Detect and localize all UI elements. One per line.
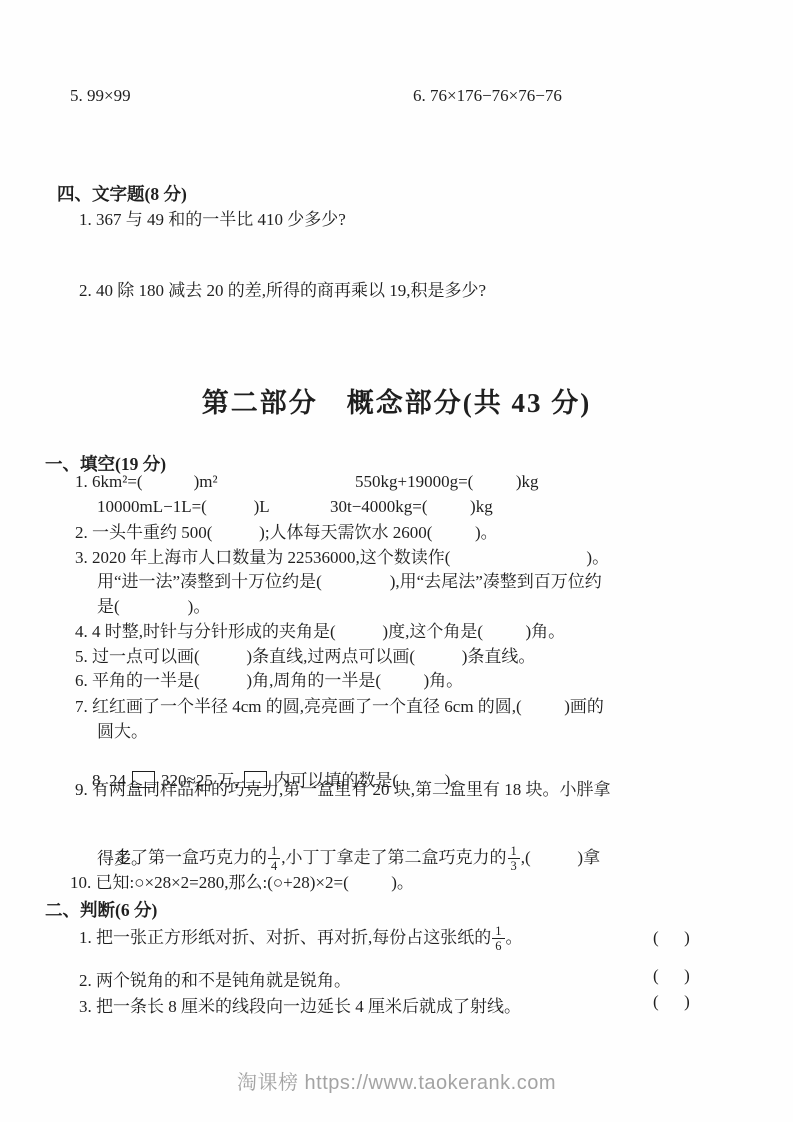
computation-problem-5: 5. 99×99 — [70, 84, 131, 108]
fill-item-3-line-3: 是( )。 — [97, 595, 210, 619]
fill-item-7-line-2: 圆大。 — [97, 720, 148, 744]
judgment-q3-answer-blank: ( ) — [653, 992, 690, 1012]
fraction-denominator: 6 — [492, 938, 504, 953]
fill-q1b-left: 10000mL−1L=( )L — [97, 495, 270, 519]
fill-item-9-line-2: 走了第一盒巧克力的14,小丁丁拿走了第二盒巧克力的13,( )拿 — [97, 804, 600, 912]
judgment-q2-answer-blank: ( ) — [653, 966, 690, 986]
fraction-numerator: 1 — [508, 844, 520, 858]
word-problems-heading: 四、文字题(8 分) — [57, 182, 187, 206]
fill-item-4: 4. 4 时整,时针与分针形成的夹角是( )度,这个角是( )角。 — [75, 620, 565, 644]
fill-item-6: 6. 平角的一半是( )角,周角的一半是( )角。 — [75, 669, 463, 693]
fill-q9-text-3: ,( )拿 — [521, 848, 600, 867]
word-problem-1: 1. 367 与 49 和的一半比 410 少多少? — [79, 208, 346, 232]
judgment-q2-statement: 2. 两个锐角的和不是钝角就是锐角。 — [79, 966, 351, 991]
computation-problem-6: 6. 76×176−76×76−76 — [413, 84, 562, 108]
fill-q1-right: 550kg+19000g=( )kg — [355, 470, 539, 494]
judgment-q1-period: 。 — [506, 928, 523, 947]
judgment-heading: 二、判断(6 分) — [45, 898, 157, 922]
fraction-numerator: 1 — [268, 844, 280, 858]
computation-row: 5. 99×99 6. 76×176−76×76−76 — [0, 84, 793, 180]
fraction-one-third: 13 — [507, 844, 521, 874]
fraction-one-fourth: 14 — [267, 844, 281, 874]
judgment-q1-text: 1. 把一张正方形纸对折、对折、再对折,每份占这张纸的 — [79, 928, 491, 947]
fill-item-9-line-1: 9. 有两盒同样品种的巧克力,第一盒里有 20 块,第二盒里有 18 块。小胖拿 — [75, 778, 611, 802]
fill-item-10: 10. 已知:○×28×2=280,那么:(○+28)×2=( )。 — [70, 871, 414, 895]
judgment-item-2: 2. 两个锐角的和不是钝角就是锐角。 ( ) — [0, 966, 793, 990]
part-two-title: 第二部分 概念部分(共 43 分) — [0, 386, 793, 420]
fill-item-3-line-1: 3. 2020 年上海市人口数量为 22536000,这个数读作( )。 — [75, 546, 609, 570]
fraction-denominator: 3 — [508, 858, 520, 873]
judgment-item-1: 1. 把一张正方形纸对折、对折、再对折,每份占这张纸的16。 ( ) — [0, 920, 793, 956]
judgment-q1-statement: 1. 把一张正方形纸对折、对折、再对折,每份占这张纸的16。 — [79, 920, 523, 956]
fill-item-7-line-1: 7. 红红画了一个半径 4cm 的圆,亮亮画了一个直径 6cm 的圆,( )画的 — [75, 695, 604, 719]
exam-paper-page: 5. 99×99 6. 76×176−76×76−76 四、文字题(8 分) 1… — [0, 0, 793, 1122]
site-watermark: 淘课榜 https://www.taokerank.com — [0, 1066, 793, 1095]
judgment-q1-answer-blank: ( ) — [653, 920, 690, 956]
fill-q1-left: 1. 6km²=( )m² — [75, 470, 218, 494]
fill-item-5: 5. 过一点可以画( )条直线,过两点可以画( )条直线。 — [75, 645, 535, 669]
judgment-item-3: 3. 把一条长 8 厘米的线段向一边延长 4 厘米后就成了射线。 ( ) — [0, 992, 793, 1016]
fraction-numerator: 1 — [492, 924, 504, 938]
fill-item-3-line-2: 用“进一法”凑整到十万位约是( ),用“去尾法”凑整到百万位约 — [97, 570, 602, 594]
word-problem-2: 2. 40 除 180 减去 20 的差,所得的商再乘以 19,积是多少? — [79, 279, 486, 303]
judgment-q3-statement: 3. 把一条长 8 厘米的线段向一边延长 4 厘米后就成了射线。 — [79, 992, 521, 1017]
fill-q1b-right: 30t−4000kg=( )kg — [330, 495, 493, 519]
fill-q9-text-2: ,小丁丁拿走了第二盒巧克力的 — [281, 848, 506, 867]
fill-item-9-line-3: 得多。 — [97, 847, 148, 871]
fraction-one-sixth: 16 — [491, 924, 505, 954]
fill-item-2: 2. 一头牛重约 500( );人体每天需饮水 2600( )。 — [75, 521, 498, 545]
